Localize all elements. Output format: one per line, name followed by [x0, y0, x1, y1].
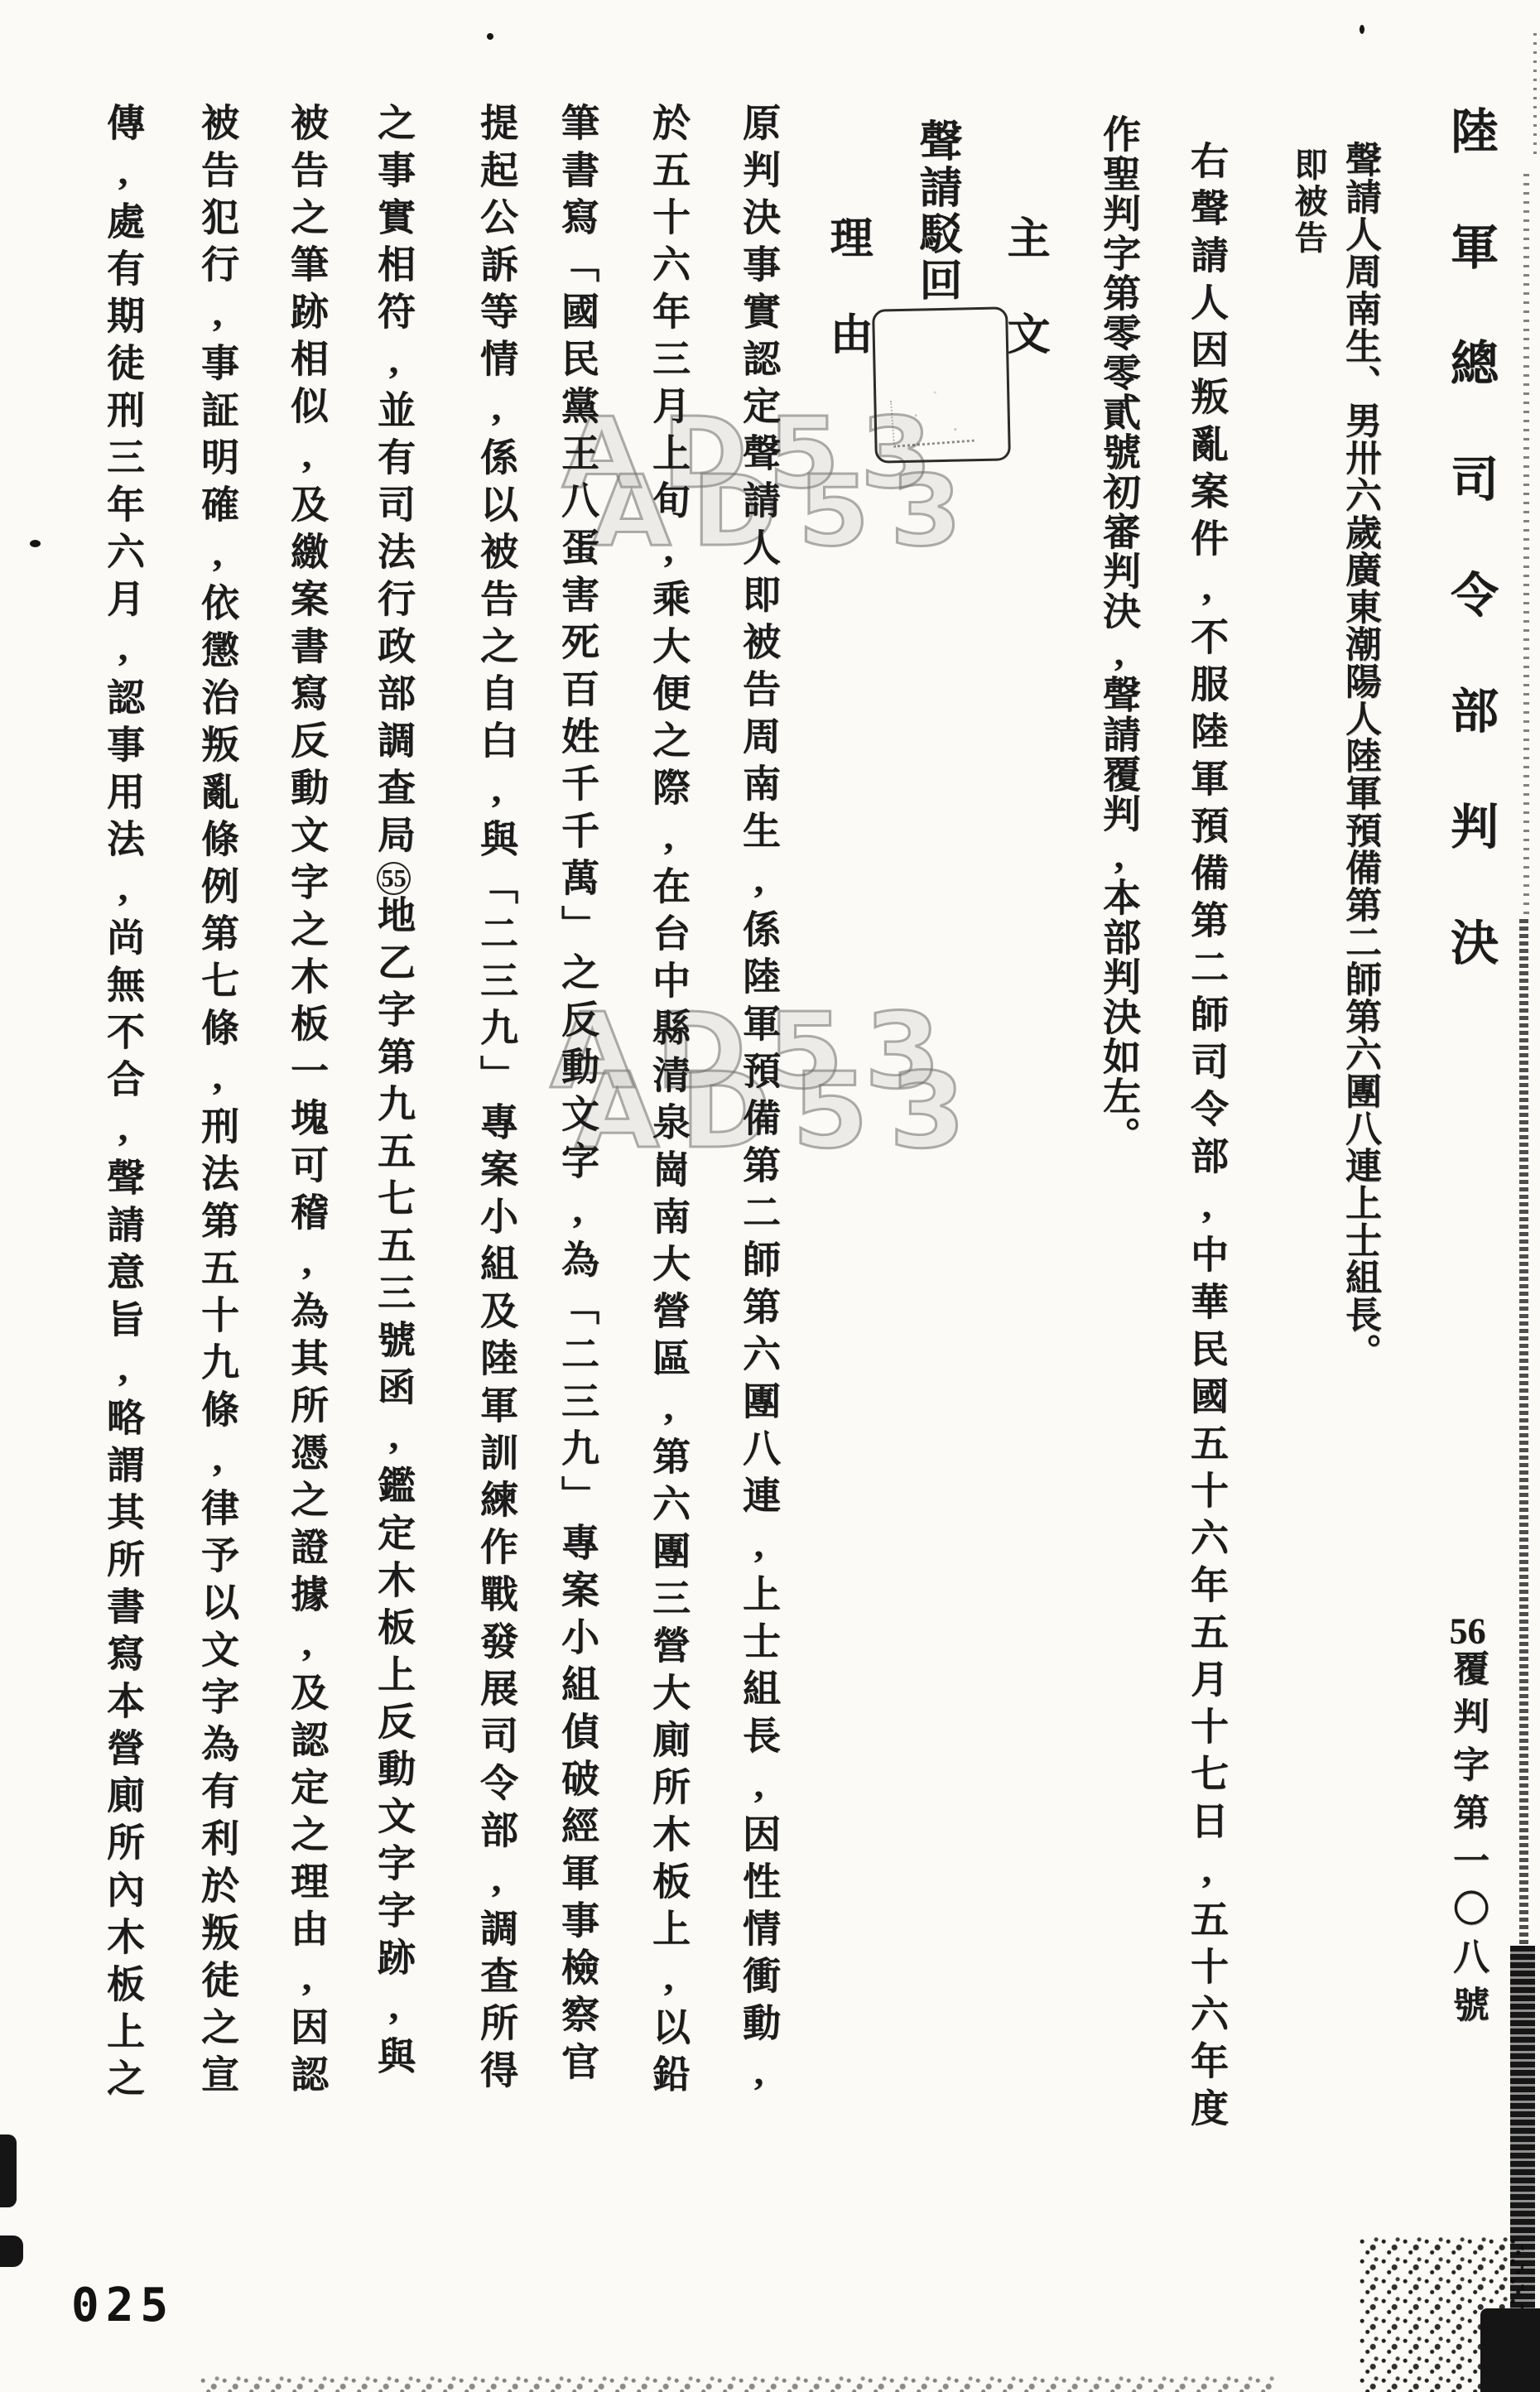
page-number: 025 [71, 2279, 175, 2332]
reason-column-6: 被告之筆跡相似,及繳案書寫反動文字之木板一塊可稽,為其所憑之證據,及認定之理由,… [287, 103, 325, 2101]
scan-noise-bottom-edge [199, 2375, 1275, 2392]
scan-line-top-right [1533, 33, 1537, 157]
case-number-column: 56覆判字第一〇八號 [1449, 1613, 1485, 2033]
scan-blob-corner [1480, 2308, 1540, 2392]
reason-column-7: 被告犯行,事証明確,依懲治叛亂條例第七條,刑法第五十九條,律予以文字為有利於叛徒… [198, 103, 236, 2101]
circled-number-55: 55 [377, 862, 411, 895]
reason-column-5-post: 地乙字第九五七五三號函,鑑定木板上反動文字字跡,與 [373, 895, 415, 2083]
verdict-text: 聲請駁回 [914, 118, 957, 304]
scan-edge-streak-middle [1519, 919, 1528, 1946]
reason-header: 理由 [825, 215, 868, 407]
preamble-column-1: 右聲請人因叛亂案件,不服陸軍預備第二師司令部,中華民國五十六年五月十七日,五十六… [1187, 141, 1225, 2135]
seal-stamp-marks [890, 395, 975, 448]
defendant-alias-note: 即被告 [1292, 147, 1325, 257]
case-year: 56 [1447, 1613, 1488, 1649]
seal-stamp [872, 306, 1011, 463]
reason-column-2: 於五十六年三月上旬,乘大便之際,在台中縣清泉崗南大營區,第六團三營大廁所木板上,… [649, 103, 687, 2101]
applicant-column: 聲請人周南生、男卅六歲廣東潮陽人陸軍預備第二師第六團八連上士組長。 [1341, 141, 1378, 1370]
reason-column-4: 提起公訴等情,係以被告之自白,與「二三九」專案小組及陸軍訓練作戰發展司令部,調查… [477, 103, 515, 2097]
case-number-text: 覆判字第一〇八號 [1447, 1649, 1488, 2033]
document-title: 陸軍總司令部判決 [1446, 106, 1494, 1033]
preamble-column-2: 作聖判字第零零貳號初審判決,聲請覆判,本部判決如左。 [1100, 114, 1138, 1156]
halftone-watermark-line: AD53 [575, 1050, 986, 1172]
reason-column-5-pre: 之事實相符,並有司法行政部調查局 [373, 103, 415, 862]
scan-dot-top-1 [487, 33, 493, 40]
reason-column-8: 傳,處有期徒刑三年六月,認事用法,尚無不合,聲請意旨,略謂其所書寫本營廁所內木板… [103, 103, 142, 2106]
scan-dot-left [30, 540, 41, 547]
reason-column-3: 筆書寫「國民黨王八蛋害死百姓千千萬」之反動文字,為「二三九」專案小組偵破經軍事檢… [558, 103, 596, 2089]
scanned-judgment-page: { "title": "陸軍總司令部判決", "case_number": { … [0, 0, 1540, 2392]
reason-column-1: 原判決事實認定聲請人即被告周南生,係陸軍預備第二師第六團八連,上士組長,因性情衝… [739, 103, 777, 2101]
scan-dot-top-2 [1360, 25, 1364, 34]
reason-column-5: 之事實相符,並有司法行政部調查局55地乙字第九五七五三號函,鑑定木板上反動文字字… [374, 103, 412, 2083]
scan-edge-streak-top [1523, 174, 1529, 919]
scan-blob-left-2 [0, 2236, 23, 2267]
scan-blob-left-1 [0, 2135, 17, 2207]
